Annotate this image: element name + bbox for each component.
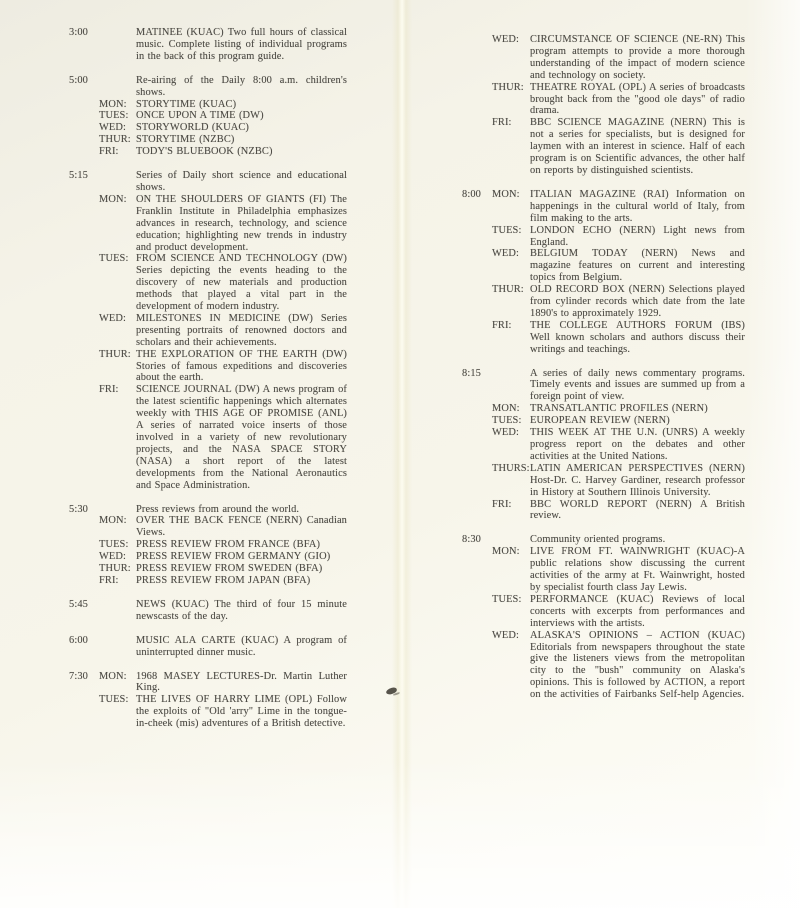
program-description: BBC SCIENCE MAGAZINE (NERN) This is not … (530, 117, 745, 177)
section-rows: WED:CIRCUMSTANCE OF SCIENCE (NE-RN) This… (492, 34, 745, 177)
scanned-page: 3:00MATINEE (KUAC) Two full hours of cla… (0, 0, 800, 908)
day-label: TUES: (99, 253, 136, 313)
day-label (99, 170, 136, 194)
schedule-row: TUES:EUROPEAN REVIEW (NERN) (492, 415, 745, 427)
schedule-section: 5:30Press reviews from around the world.… (62, 504, 352, 587)
program-description: Re-airing of the Daily 8:00 a.m. childre… (136, 75, 347, 99)
schedule-row: FRI:THE COLLEGE AUTHORS FORUM (IBS) Well… (492, 320, 745, 356)
schedule-row: Re-airing of the Daily 8:00 a.m. childre… (99, 75, 347, 99)
schedule-row: TUES:PERFORMANCE (KUAC) Reviews of local… (492, 594, 745, 630)
schedule-row: WED:PRESS REVIEW FROM GERMANY (GIO) (99, 551, 347, 563)
program-description: TRANSATLANTIC PROFILES (NERN) (530, 403, 745, 415)
time-label: 6:00 (62, 635, 88, 659)
time-label: 5:00 (62, 75, 88, 158)
schedule-row: MON:TRANSATLANTIC PROFILES (NERN) (492, 403, 745, 415)
day-label: WED: (99, 122, 136, 134)
day-label: MON: (99, 671, 136, 695)
schedule-row: MATINEE (KUAC) Two full hours of classic… (99, 27, 347, 63)
day-label (492, 534, 530, 546)
schedule-row: MON:LIVE FROM FT. WAINWRIGHT (KUAC)-A pu… (492, 546, 745, 594)
time-label: 8:30 (455, 534, 481, 701)
day-label: THUR: (99, 349, 136, 385)
program-description: OVER THE BACK FENCE (NERN) Canadian View… (136, 515, 347, 539)
program-description: STORYWORLD (KUAC) (136, 122, 347, 134)
schedule-row: TUES:LONDON ECHO (NERN) Light news from … (492, 225, 745, 249)
paper-shading-right (745, 0, 800, 908)
schedule-row: NEWS (KUAC) The third of four 15 minute … (99, 599, 347, 623)
schedule-row: Press reviews from around the world. (99, 504, 347, 516)
schedule-row: MON:1968 MASEY LECTURES-Dr. Martin Luthe… (99, 671, 347, 695)
day-label: WED: (492, 248, 530, 284)
day-label: WED: (99, 313, 136, 349)
program-description: THEATRE ROYAL (OPL) A series of broadcas… (530, 82, 745, 118)
program-description: PRESS REVIEW FROM GERMANY (GIO) (136, 551, 347, 563)
schedule-row: MON:STORYTIME (KUAC) (99, 99, 347, 111)
day-label: TUES: (492, 415, 530, 427)
schedule-row: FRI:PRESS REVIEW FROM JAPAN (BFA) (99, 575, 347, 587)
day-label: MON: (99, 515, 136, 539)
program-description: THE COLLEGE AUTHORS FORUM (IBS) Well kno… (530, 320, 745, 356)
section-rows: Community oriented programs.MON:LIVE FRO… (492, 534, 745, 701)
schedule-row: A series of daily news commentary progra… (492, 368, 745, 404)
day-label: MON: (99, 99, 136, 111)
program-description: PRESS REVIEW FROM JAPAN (BFA) (136, 575, 347, 587)
schedule-row: TUES:THE LIVES OF HARRY LIME (OPL) Follo… (99, 694, 347, 730)
schedule-section: 8:30Community oriented programs.MON:LIVE… (455, 534, 751, 701)
day-label: TUES: (99, 110, 136, 122)
section-rows: MUSIC ALA CARTE (KUAC) A program of unin… (99, 635, 347, 659)
day-label: THUR: (99, 563, 136, 575)
schedule-row: THUR:THE EXPLORATION OF THE EARTH (DW) S… (99, 349, 347, 385)
program-description: STORYTIME (NZBC) (136, 134, 347, 146)
schedule-row: THUR:OLD RECORD BOX (NERN) Selections pl… (492, 284, 745, 320)
left-schedule-column: 3:00MATINEE (KUAC) Two full hours of cla… (62, 27, 352, 742)
schedule-row: Community oriented programs. (492, 534, 745, 546)
day-label (492, 368, 530, 404)
time-label: 5:30 (62, 504, 88, 587)
schedule-section: 7:30MON:1968 MASEY LECTURES-Dr. Martin L… (62, 671, 352, 731)
day-label: FRI: (99, 575, 136, 587)
program-description: PRESS REVIEW FROM SWEDEN (BFA) (136, 563, 347, 575)
section-rows: Series of Daily short science and educat… (99, 170, 347, 491)
program-description: A series of daily news commentary progra… (530, 368, 745, 404)
paper-shading-bottom (0, 758, 800, 908)
schedule-row: WED:THIS WEEK AT THE U.N. (UNRS) A weekl… (492, 427, 745, 463)
time-label (455, 34, 481, 177)
program-description: LATIN AMERICAN PERSPECTIVES (NERN) Host-… (530, 463, 745, 499)
program-description: Press reviews from around the world. (136, 504, 347, 516)
time-label: 8:15 (455, 368, 481, 523)
schedule-row: Series of Daily short science and educat… (99, 170, 347, 194)
schedule-row: MON:OVER THE BACK FENCE (NERN) Canadian … (99, 515, 347, 539)
day-label: WED: (492, 427, 530, 463)
section-rows: MON:ITALIAN MAGAZINE (RAI) Information o… (492, 189, 745, 356)
program-description: 1968 MASEY LECTURES-Dr. Martin Luther Ki… (136, 671, 347, 695)
day-label: FRI: (492, 320, 530, 356)
day-label: THURS: (492, 463, 530, 499)
schedule-row: FRI:BBC SCIENCE MAGAZINE (NERN) This is … (492, 117, 745, 177)
day-label: THUR: (99, 134, 136, 146)
time-label: 8:00 (455, 189, 481, 356)
program-description: PRESS REVIEW FROM FRANCE (BFA) (136, 539, 347, 551)
day-label: FRI: (99, 146, 136, 158)
program-description: NEWS (KUAC) The third of four 15 minute … (136, 599, 347, 623)
section-rows: Re-airing of the Daily 8:00 a.m. childre… (99, 75, 347, 158)
time-label: 7:30 (62, 671, 88, 731)
schedule-section: 5:45NEWS (KUAC) The third of four 15 min… (62, 599, 352, 623)
program-description: Community oriented programs. (530, 534, 745, 546)
day-label: MON: (492, 403, 530, 415)
day-label (99, 75, 136, 99)
day-label: MON: (492, 546, 530, 594)
day-label (99, 635, 136, 659)
schedule-row: THUR:STORYTIME (NZBC) (99, 134, 347, 146)
day-label: FRI: (99, 384, 136, 491)
time-label: 5:15 (62, 170, 88, 491)
schedule-row: THUR:THEATRE ROYAL (OPL) A series of bro… (492, 82, 745, 118)
program-description: OLD RECORD BOX (NERN) Selections played … (530, 284, 745, 320)
section-rows: NEWS (KUAC) The third of four 15 minute … (99, 599, 347, 623)
day-label (99, 27, 136, 63)
schedule-row: FRI:BBC WORLD REPORT (NERN) A British re… (492, 499, 745, 523)
program-description: STORYTIME (KUAC) (136, 99, 347, 111)
day-label: WED: (492, 630, 530, 701)
schedule-row: TUES:FROM SCIENCE AND TECHNOLOGY (DW) Se… (99, 253, 347, 313)
program-description: MATINEE (KUAC) Two full hours of classic… (136, 27, 347, 63)
section-rows: MATINEE (KUAC) Two full hours of classic… (99, 27, 347, 63)
program-description: THIS WEEK AT THE U.N. (UNRS) A weekly pr… (530, 427, 745, 463)
program-description: MILESTONES IN MEDICINE (DW) Series prese… (136, 313, 347, 349)
section-rows: Press reviews from around the world.MON:… (99, 504, 347, 587)
program-description: SCIENCE JOURNAL (DW) A news program of t… (136, 384, 347, 491)
program-description: THE EXPLORATION OF THE EARTH (DW) Storie… (136, 349, 347, 385)
schedule-section: 5:00Re-airing of the Daily 8:00 a.m. chi… (62, 75, 352, 158)
program-description: FROM SCIENCE AND TECHNOLOGY (DW) Series … (136, 253, 347, 313)
schedule-section: 8:15A series of daily news commentary pr… (455, 368, 751, 523)
day-label: TUES: (492, 594, 530, 630)
program-description: BBC WORLD REPORT (NERN) A British review… (530, 499, 745, 523)
ink-speck (385, 687, 397, 695)
program-description: LONDON ECHO (NERN) Light news from Engla… (530, 225, 745, 249)
schedule-row: WED:CIRCUMSTANCE OF SCIENCE (NE-RN) This… (492, 34, 745, 82)
schedule-section: 8:00MON:ITALIAN MAGAZINE (RAI) Informati… (455, 189, 751, 356)
section-rows: A series of daily news commentary progra… (492, 368, 745, 523)
day-label: THUR: (492, 284, 530, 320)
schedule-row: FRI:SCIENCE JOURNAL (DW) A news program … (99, 384, 347, 491)
time-label: 5:45 (62, 599, 88, 623)
program-description: BELGIUM TODAY (NERN) News and magazine f… (530, 248, 745, 284)
program-description: TODY'S BLUEBOOK (NZBC) (136, 146, 347, 158)
schedule-row: WED:STORYWORLD (KUAC) (99, 122, 347, 134)
day-label: WED: (99, 551, 136, 563)
day-label: TUES: (99, 539, 136, 551)
program-description: ALASKA'S OPINIONS – ACTION (KUAC) Editor… (530, 630, 745, 701)
day-label: MON: (99, 194, 136, 254)
day-label: TUES: (492, 225, 530, 249)
schedule-section: 3:00MATINEE (KUAC) Two full hours of cla… (62, 27, 352, 63)
program-description: ON THE SHOULDERS OF GIANTS (FI) The Fran… (136, 194, 347, 254)
schedule-section: 5:15Series of Daily short science and ed… (62, 170, 352, 491)
day-label: TUES: (99, 694, 136, 730)
day-label: FRI: (492, 499, 530, 523)
day-label (99, 599, 136, 623)
program-description: CIRCUMSTANCE OF SCIENCE (NE-RN) This pro… (530, 34, 745, 82)
program-description: Series of Daily short science and educat… (136, 170, 347, 194)
schedule-row: THURS:LATIN AMERICAN PERSPECTIVES (NERN)… (492, 463, 745, 499)
day-label: WED: (492, 34, 530, 82)
schedule-row: TUES:ONCE UPON A TIME (DW) (99, 110, 347, 122)
program-description: LIVE FROM FT. WAINWRIGHT (KUAC)-A public… (530, 546, 745, 594)
day-label: MON: (492, 189, 530, 225)
right-schedule-column: WED:CIRCUMSTANCE OF SCIENCE (NE-RN) This… (455, 34, 751, 713)
schedule-section: WED:CIRCUMSTANCE OF SCIENCE (NE-RN) This… (455, 34, 751, 177)
schedule-row: WED:ALASKA'S OPINIONS – ACTION (KUAC) Ed… (492, 630, 745, 701)
day-label: FRI: (492, 117, 530, 177)
program-description: ITALIAN MAGAZINE (RAI) Information on ha… (530, 189, 745, 225)
schedule-row: MUSIC ALA CARTE (KUAC) A program of unin… (99, 635, 347, 659)
program-description: EUROPEAN REVIEW (NERN) (530, 415, 745, 427)
schedule-section: 6:00MUSIC ALA CARTE (KUAC) A program of … (62, 635, 352, 659)
schedule-row: WED:MILESTONES IN MEDICINE (DW) Series p… (99, 313, 347, 349)
schedule-row: WED:BELGIUM TODAY (NERN) News and magazi… (492, 248, 745, 284)
program-description: ONCE UPON A TIME (DW) (136, 110, 347, 122)
center-fold-crease (392, 0, 412, 908)
day-label: THUR: (492, 82, 530, 118)
schedule-row: THUR:PRESS REVIEW FROM SWEDEN (BFA) (99, 563, 347, 575)
section-rows: MON:1968 MASEY LECTURES-Dr. Martin Luthe… (99, 671, 347, 731)
program-description: THE LIVES OF HARRY LIME (OPL) Follow the… (136, 694, 347, 730)
schedule-row: FRI:TODY'S BLUEBOOK (NZBC) (99, 146, 347, 158)
schedule-row: MON:ITALIAN MAGAZINE (RAI) Information o… (492, 189, 745, 225)
schedule-row: MON:ON THE SHOULDERS OF GIANTS (FI) The … (99, 194, 347, 254)
program-description: PERFORMANCE (KUAC) Reviews of local conc… (530, 594, 745, 630)
time-label: 3:00 (62, 27, 88, 63)
day-label (99, 504, 136, 516)
schedule-row: TUES:PRESS REVIEW FROM FRANCE (BFA) (99, 539, 347, 551)
program-description: MUSIC ALA CARTE (KUAC) A program of unin… (136, 635, 347, 659)
